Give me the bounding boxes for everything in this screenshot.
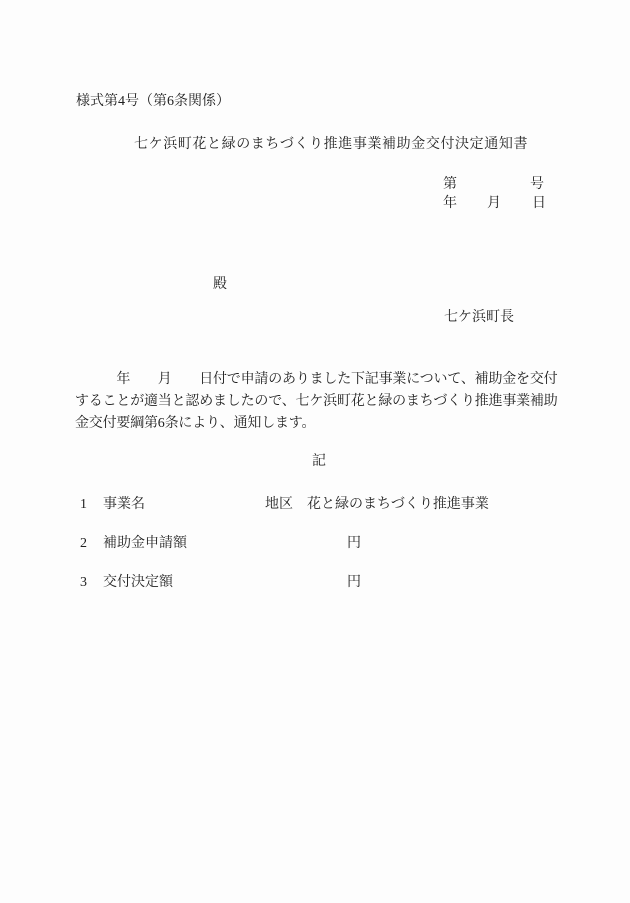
- sender-title: 七ケ浜町長: [444, 311, 514, 325]
- body-paragraph-line3: 金交付要綱第6条により、通知します。: [75, 417, 315, 431]
- item3-label: 交付決定額: [103, 576, 173, 590]
- document-title: 七ケ浜町花と緑のまちづくり推進事業補助金交付決定通知書: [134, 138, 528, 152]
- document-page: 様式第4号（第6条関係） 七ケ浜町花と緑のまちづくり推進事業補助金交付決定通知書…: [0, 0, 630, 903]
- item2-number: 2: [80, 537, 87, 551]
- item2-unit: 円: [347, 537, 361, 551]
- form-number: 様式第4号（第6条関係）: [76, 95, 230, 109]
- doc-number-suffix: 号: [530, 178, 544, 192]
- body-paragraph-line1: 年 月 日付で申請のありました下記事業について、補助金を交付: [75, 373, 557, 387]
- addressee-honorific: 殿: [213, 278, 227, 292]
- item3-unit: 円: [347, 576, 361, 590]
- date-year-label: 年: [443, 197, 457, 211]
- item2-label: 補助金申請額: [103, 537, 187, 551]
- date-month-label: 月: [487, 197, 501, 211]
- record-marker: 記: [312, 455, 326, 469]
- item1-value: 地区 花と緑のまちづくり推進事業: [265, 498, 489, 512]
- body-paragraph-line2: することが適当と認めましたので、七ケ浜町花と緑のまちづくり推進事業補助: [75, 395, 558, 409]
- item1-label: 事業名: [103, 498, 145, 512]
- item3-number: 3: [80, 576, 87, 590]
- doc-number-prefix: 第: [443, 178, 457, 192]
- item1-number: 1: [80, 498, 87, 512]
- date-day-label: 日: [532, 197, 546, 211]
